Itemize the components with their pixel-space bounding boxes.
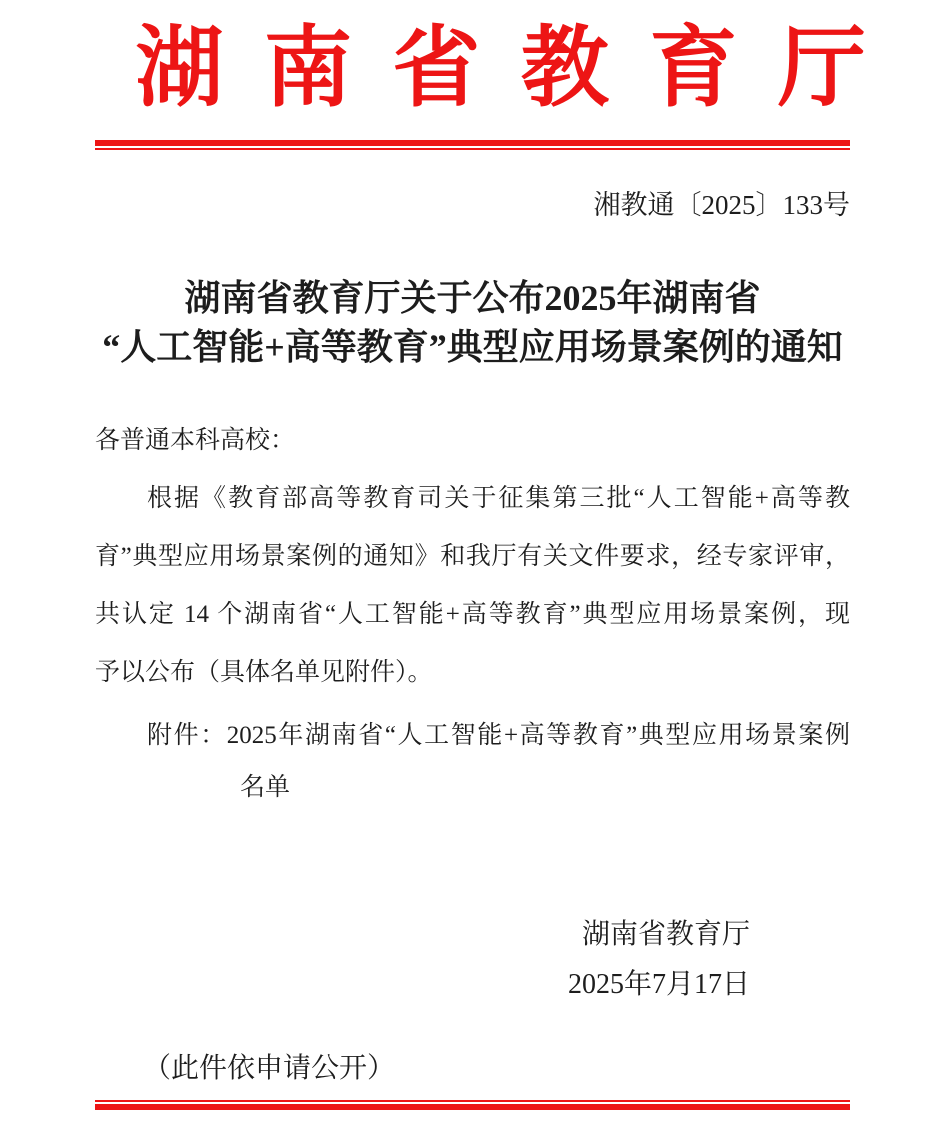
notice-title-line-1: 湖南省教育厅关于公布2025年湖南省 xyxy=(95,274,850,323)
attachment-line-1: 附件：2025年湖南省“人工智能+高等教育”典型应用场景案例 xyxy=(95,710,850,762)
body-paragraph-line: 予以公布（具体名单见附件）。 xyxy=(95,644,850,702)
official-document-page: 湖南省教育厅 湘教通〔2025〕133号 湖南省教育厅关于公布2025年湖南省 … xyxy=(0,0,942,1122)
attachment-line-2: 名单 xyxy=(95,762,850,814)
notice-title-line-2: “人工智能+高等教育”典型应用场景案例的通知 xyxy=(95,323,850,372)
body-paragraph-line: 育”典型应用场景案例的通知》和我厅有关文件要求，经专家评审， xyxy=(95,528,850,586)
body-paragraph-line: 共认定 14 个湖南省“人工智能+高等教育”典型应用场景案例，现 xyxy=(95,586,850,644)
footer-divider-rule xyxy=(95,1100,850,1110)
letterhead-agency-title: 湖南省教育厅 xyxy=(95,0,850,116)
notice-title: 湖南省教育厅关于公布2025年湖南省 “人工智能+高等教育”典型应用场景案例的通… xyxy=(95,274,850,372)
letterhead-divider-rule xyxy=(95,140,850,150)
attachment-reference: 附件：2025年湖南省“人工智能+高等教育”典型应用场景案例 名单 xyxy=(95,710,850,814)
public-disclosure-note: （此件依申请公开） xyxy=(143,1040,850,1098)
salutation: 各普通本科高校： xyxy=(95,412,850,470)
signature-date: 2025年7月17日 xyxy=(95,960,750,1010)
signature-agency: 湖南省教育厅 xyxy=(95,910,750,960)
signature-block: 湖南省教育厅 2025年7月17日 xyxy=(95,910,850,1010)
notice-body: 各普通本科高校： 根据《教育部高等教育司关于征集第三批“人工智能+高等教 育”典… xyxy=(95,412,850,702)
document-number: 湘教通〔2025〕133号 xyxy=(95,188,850,222)
body-paragraph-line: 根据《教育部高等教育司关于征集第三批“人工智能+高等教 xyxy=(95,470,850,528)
